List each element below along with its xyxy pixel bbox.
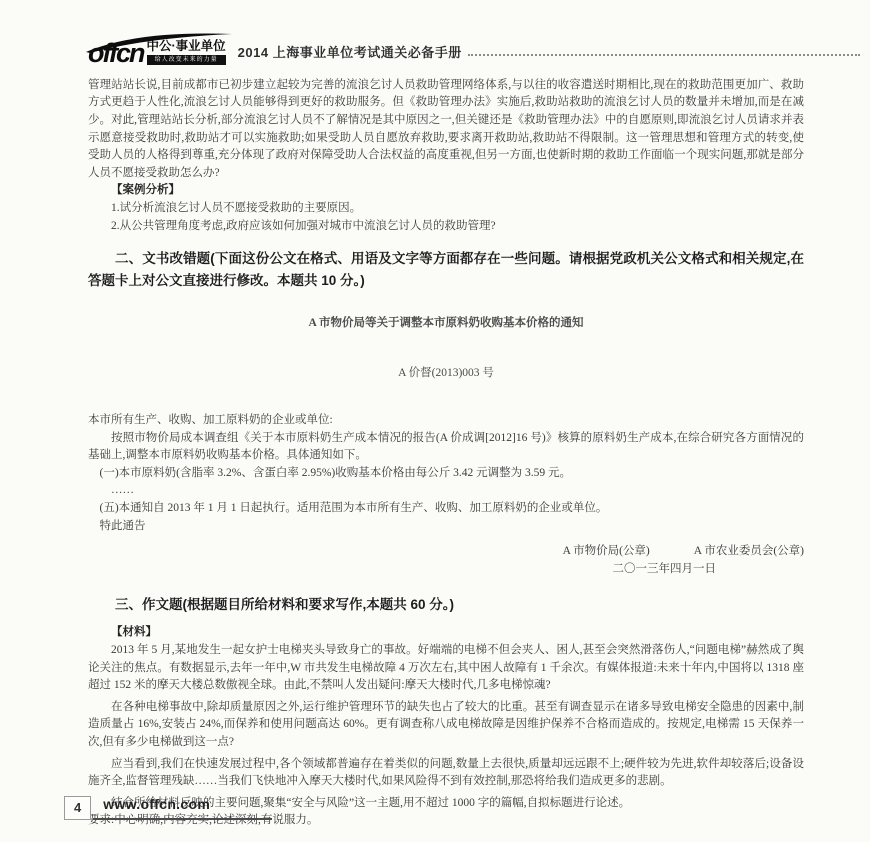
notice-salutation: 本市所有生产、收购、加工原料奶的企业或单位: (88, 412, 804, 430)
page-header: offcn 中公·事业单位 给人改变未来的力量 2014 上海事业单位考试通关必… (88, 40, 860, 65)
notice-closing: 特此通告 (88, 518, 804, 536)
book-title: 2014 上海事业单位考试通关必备手册 (238, 42, 462, 65)
notice-date: 二〇一三年四月一日 (88, 561, 804, 579)
page-number: 4 (64, 796, 91, 820)
logo-brand-text: 中公·事业单位 (147, 40, 226, 54)
case-analysis-label: 【案例分析】 (111, 182, 804, 200)
notice-signatures: A 市物价局(公章) A 市农业委员会(公章) (88, 543, 804, 561)
case-passage: 管理站站长说,目前成都市已初步建立起较为完善的流浪乞讨人员救助管理网络体系,与以… (88, 77, 804, 183)
notice-number: A 价督(2013)003 号 (88, 364, 804, 380)
section3-heading: 三、作文题(根据题目所给材料和要求写作,本题共 60 分。) (88, 594, 804, 616)
notice-body: 按照市物价局成本调查组《关于本市原料奶生产成本情况的报告(A 价成调[2012]… (88, 430, 804, 465)
section2-heading: 二、文书改错题(下面这份公文在格式、用语及文字等方面都存在一些问题。请根据党政机… (88, 248, 804, 292)
notice-item-5: (五)本通知自 2013 年 1 月 1 日起执行。适用范围为本市所有生产、收购… (88, 500, 804, 518)
material-paragraph-3: 应当看到,我们在快速发展过程中,各个领域都普遍存在着类似的问题,数量上去很快,质… (88, 756, 804, 791)
case-question-1: 1.试分析流浪乞讨人员不愿接受救助的主要原因。 (111, 200, 804, 218)
logo-slogan-bar: 给人改变未来的力量 (147, 55, 226, 65)
signature-agriculture-committee: A 市农业委员会(公章) (694, 543, 804, 561)
logo-wordmark: offcn (88, 42, 144, 65)
material-label: 【材料】 (111, 624, 804, 642)
footer-website: www.offcn.com (93, 796, 272, 820)
offcn-logo: offcn 中公·事业单位 给人改变未来的力量 (88, 40, 226, 65)
page-footer: 4 www.offcn.com (64, 796, 272, 820)
header-dotted-leader (468, 54, 860, 56)
material-paragraph-2: 在各种电梯事故中,除却质量原因之外,运行维护管理环节的缺失也占了较大的比重。甚至… (88, 699, 804, 752)
signature-price-bureau: A 市物价局(公章) (563, 543, 650, 561)
notice-title: A 市物价局等关于调整本市原料奶收购基本价格的通知 (88, 314, 804, 330)
book-page: offcn 中公·事业单位 给人改变未来的力量 2014 上海事业单位考试通关必… (0, 0, 870, 842)
material-paragraph-1: 2013 年 5 月,某地发生一起女护士电梯夹头导致身亡的事故。好端端的电梯不但… (88, 642, 804, 695)
page-content: offcn 中公·事业单位 给人改变未来的力量 2014 上海事业单位考试通关必… (88, 40, 804, 830)
logo-brand-block: 中公·事业单位 给人改变未来的力量 (147, 40, 226, 65)
notice-ellipsis: …… (88, 482, 804, 500)
notice-item-1: (一)本市原料奶(含脂率 3.2%、含蛋白率 2.95%)收购基本价格由每公斤 … (88, 465, 804, 483)
case-question-2: 2.从公共管理角度考虑,政府应该如何加强对城市中流浪乞讨人员的救助管理? (111, 218, 804, 236)
